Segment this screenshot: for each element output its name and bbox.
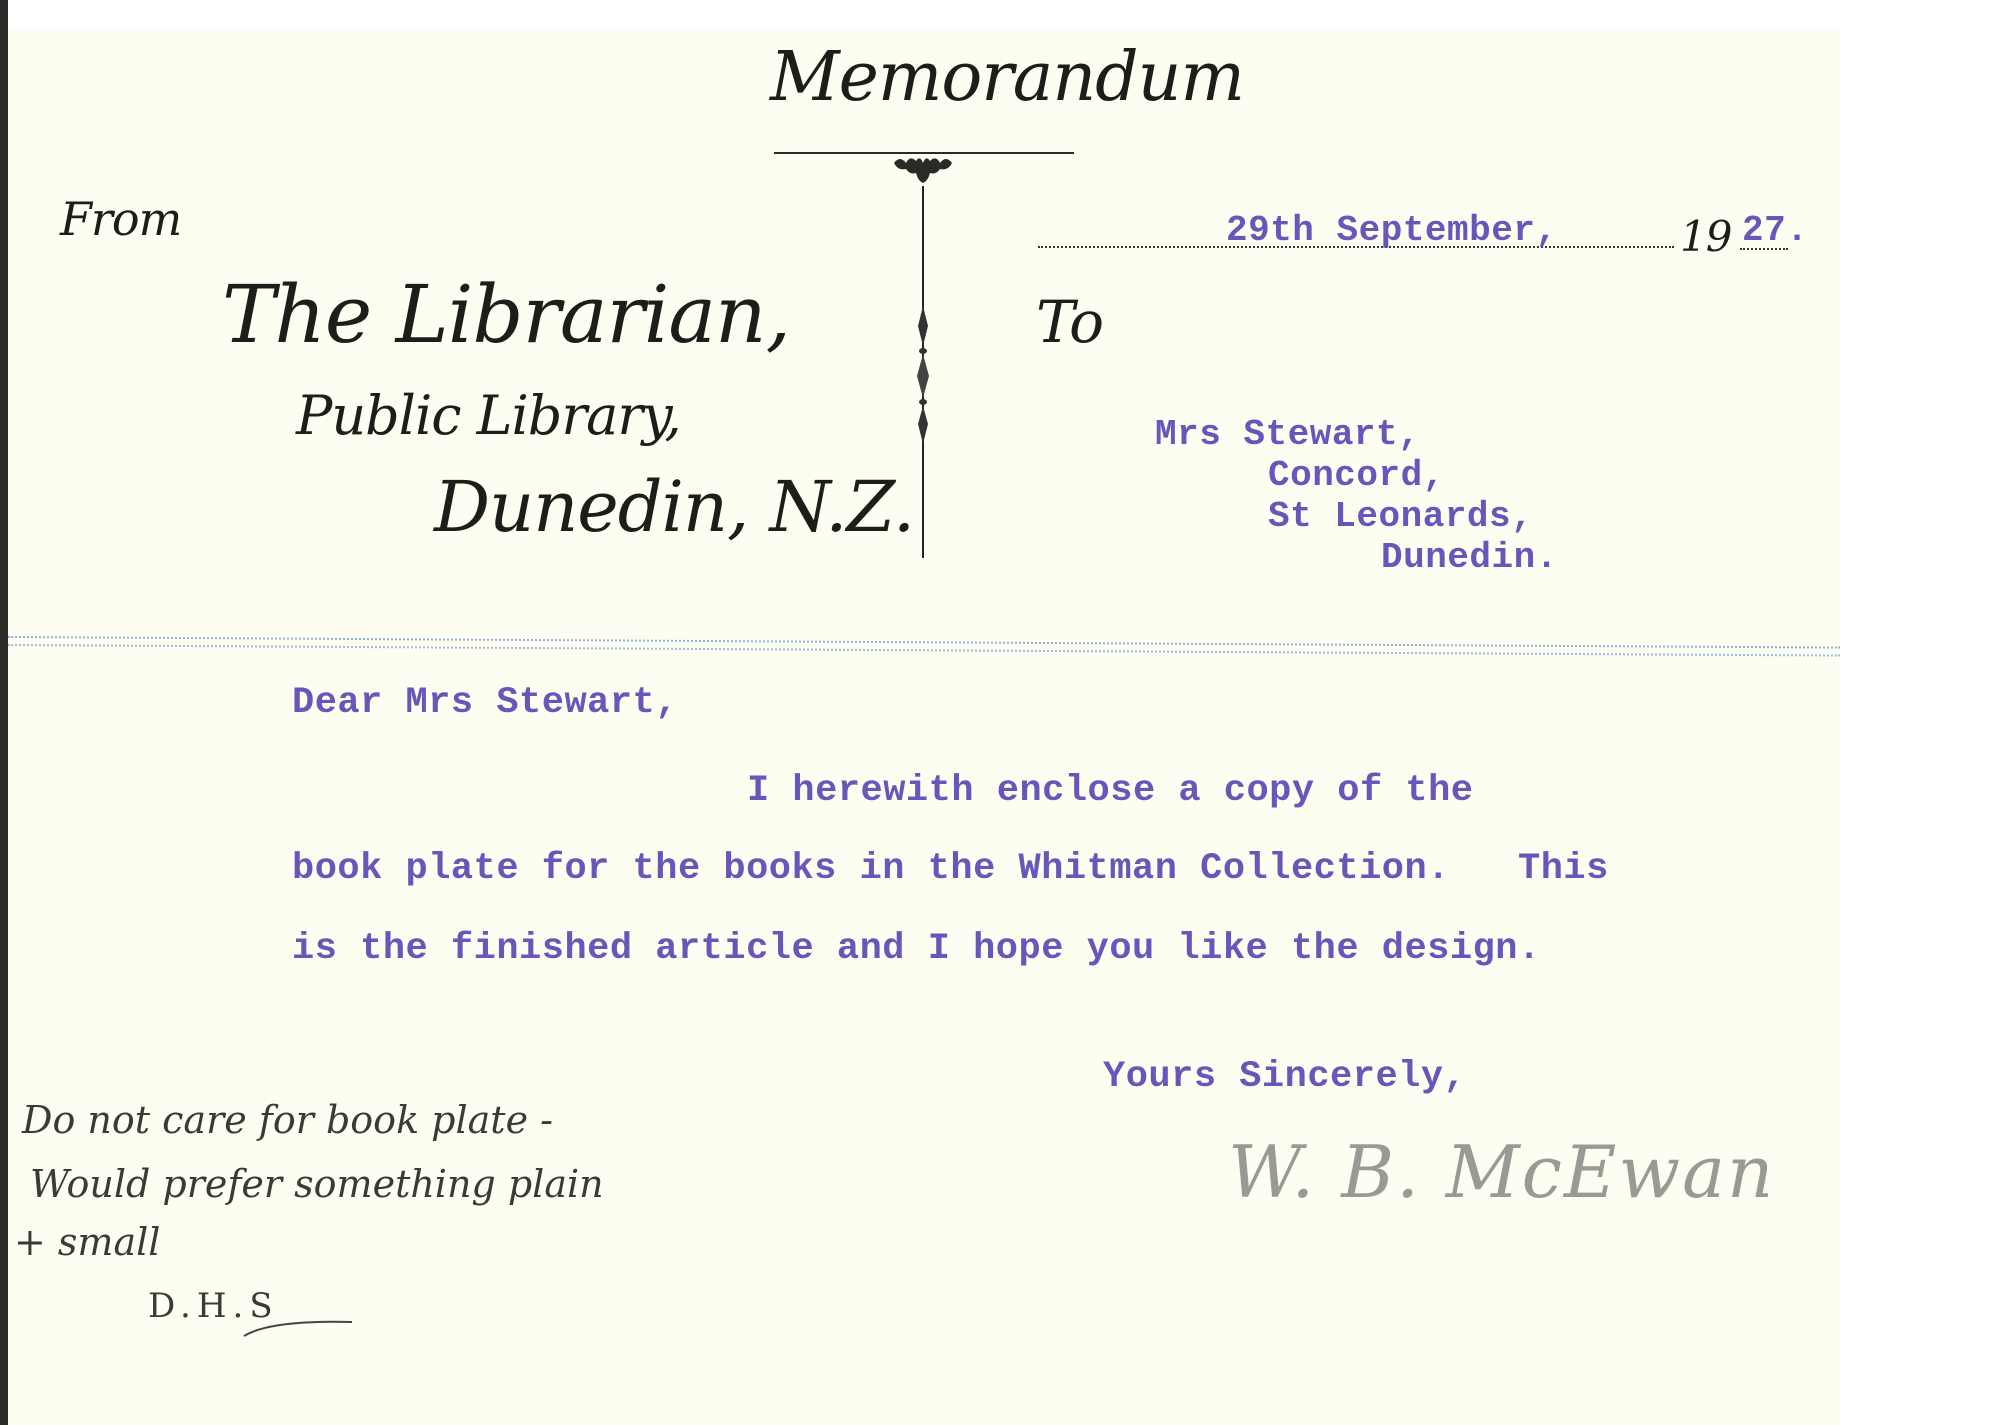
- recipient-house: Concord,: [1268, 455, 1445, 496]
- body-line-1: I herewith enclose a copy of the: [747, 770, 1474, 812]
- sender-city: Dunedin, N.Z.: [434, 466, 914, 548]
- date-century: 19: [1680, 212, 1731, 261]
- recipient-name: Mrs Stewart,: [1155, 414, 1420, 455]
- date-year: 27.: [1742, 210, 1808, 251]
- body-line-3: is the finished article and I hope you l…: [292, 928, 1541, 970]
- annotation-line-1: Do not care for book plate -: [22, 1098, 553, 1142]
- sender-title: The Librarian,: [222, 268, 790, 361]
- annotation-line-2: Would prefer something plain: [30, 1162, 604, 1206]
- date-day-month: 29th September,: [1226, 210, 1558, 251]
- ornament-icon: [890, 155, 956, 189]
- salutation: Dear Mrs Stewart,: [292, 682, 678, 724]
- to-label: To: [1036, 288, 1103, 356]
- body-line-2: book plate for the books in the Whitman …: [292, 848, 1609, 890]
- recipient-city: Dunedin.: [1381, 537, 1558, 578]
- from-label: From: [60, 192, 181, 246]
- initials-underline: [240, 1316, 360, 1340]
- title-rule: [774, 152, 1074, 154]
- annotation-line-3: + small: [14, 1220, 160, 1264]
- sender-organisation: Public Library,: [296, 384, 681, 447]
- closing: Yours Sincerely,: [1103, 1056, 1466, 1098]
- memo-title: Memorandum: [770, 38, 1244, 117]
- signature: W. B. McEwan: [1228, 1130, 1775, 1214]
- recipient-suburb: St Leonards,: [1268, 496, 1533, 537]
- scan-edge: [0, 0, 8, 1425]
